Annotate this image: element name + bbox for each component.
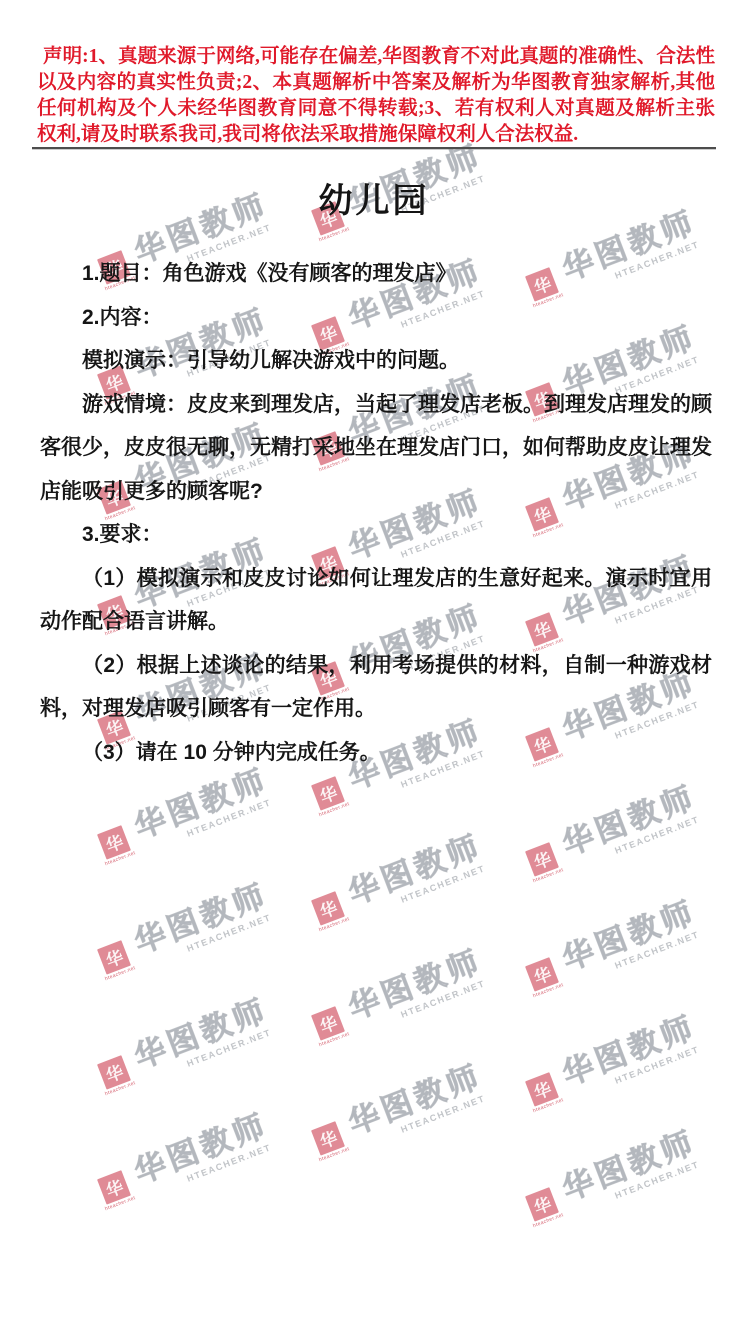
paragraph-demo: 模拟演示：引导幼儿解决游戏中的问题。 — [40, 339, 712, 383]
document-page: 华hteacher.net华图教师HTEACHER.NET华hteacher.n… — [0, 0, 748, 1335]
document-content: 声明:1、真题来源于网络,可能存在偏差,华图教育不对此真题的准确性、合法性以及内… — [0, 0, 748, 1335]
paragraph-scenario: 游戏情境：皮皮来到理发店，当起了理发店老板。到理发店理发的顾客很少，皮皮很无聊，… — [40, 383, 712, 514]
page-title: 幼儿园 — [0, 181, 748, 221]
paragraph-require-2: （2）根据上述谈论的结果，利用考场提供的材料，自制一种游戏材料，对理发店吸引顾客… — [40, 644, 712, 731]
paragraph-content-head: 2.内容： — [40, 296, 712, 340]
disclaimer-label: 声明: — [43, 46, 89, 67]
disclaimer-text: 1、真题来源于网络,可能存在偏差,华图教育不对此真题的准确性、合法性以及内容的真… — [37, 46, 715, 145]
question-body: 1.题目：角色游戏《没有顾客的理发店》 2.内容： 模拟演示：引导幼儿解决游戏中… — [40, 252, 712, 774]
paragraph-topic: 1.题目：角色游戏《没有顾客的理发店》 — [40, 252, 712, 296]
paragraph-require-head: 3.要求： — [40, 513, 712, 557]
paragraph-require-3: （3）请在 10 分钟内完成任务。 — [40, 731, 712, 775]
paragraph-require-1: （1）模拟演示和皮皮讨论如何让理发店的生意好起来。演示时宜用动作配合语言讲解。 — [40, 557, 712, 644]
divider-line — [32, 147, 716, 149]
disclaimer: 声明:1、真题来源于网络,可能存在偏差,华图教育不对此真题的准确性、合法性以及内… — [37, 44, 715, 148]
